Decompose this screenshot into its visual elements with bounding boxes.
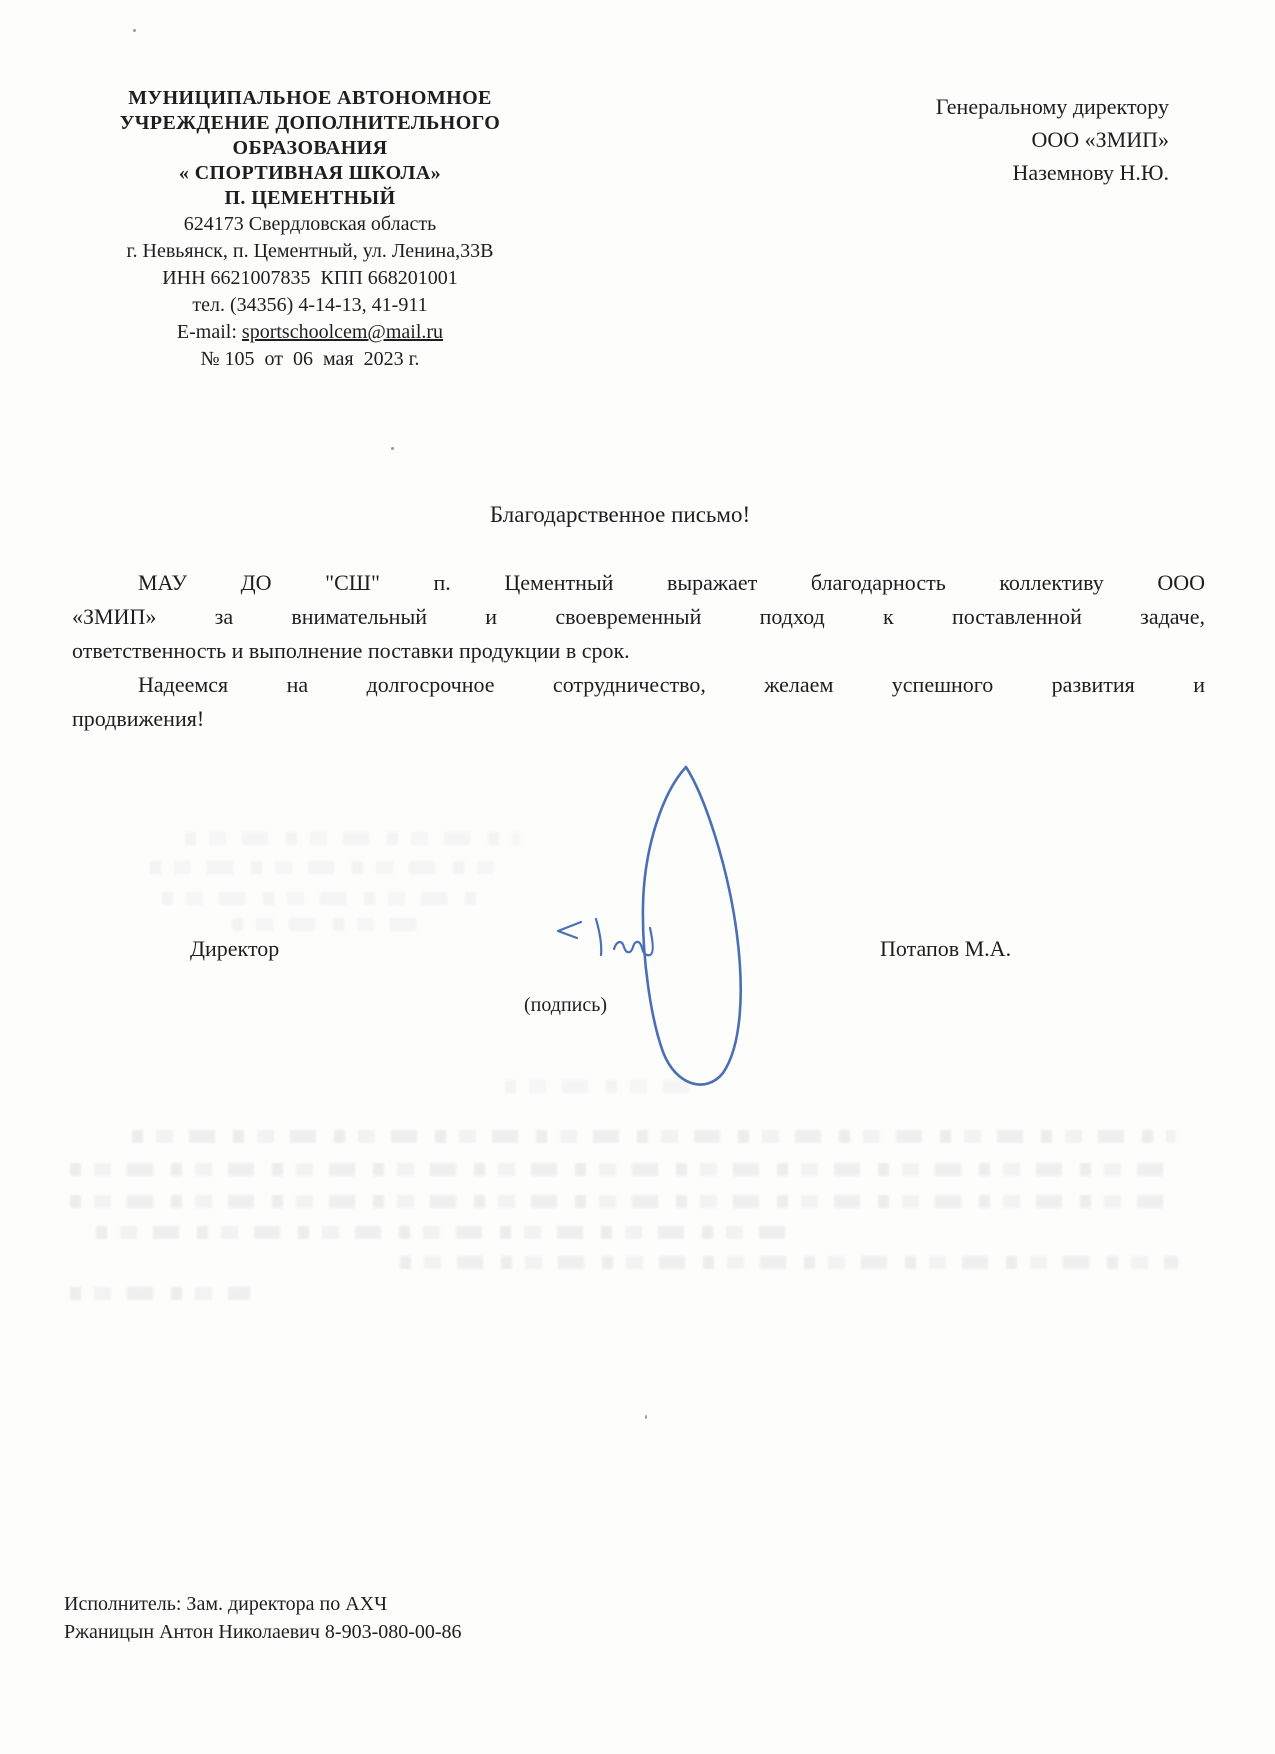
letter-ref-number: № 105 от 06 мая 2023 г. (92, 346, 528, 373)
body-line: Надеемся на долгосрочное сотрудничество,… (72, 668, 1205, 702)
body-line: МАУ ДО "СШ" п. Цементный выражает благод… (72, 566, 1205, 600)
sender-org-line: П. ЦЕМЕНТНЫЙ (92, 186, 528, 211)
sender-postal-code: 624173 Свердловская область (92, 211, 528, 238)
sender-street-address: г. Невьянск, п. Цементный, ул. Ленина,33… (92, 238, 528, 265)
signature-loop-stroke (643, 767, 741, 1085)
recipient-company: ООО «ЗМИП» (749, 123, 1169, 156)
recipient-block: Генеральному директору ООО «ЗМИП» Наземн… (749, 90, 1169, 189)
scan-speck (391, 447, 394, 450)
sender-email-line: E-mail: sportschoolcem@mail.ru (92, 319, 528, 346)
body-line: продвижения! (72, 702, 1205, 736)
executor-position: Исполнитель: Зам. директора по АХЧ (64, 1590, 462, 1618)
body-line: «ЗМИП» за внимательный и своевременный п… (72, 600, 1205, 634)
bleed-through-artifact (185, 832, 520, 845)
sender-org-line: « СПОРТИВНАЯ ШКОЛА» (92, 161, 528, 186)
recipient-name: Наземнову Н.Ю. (749, 156, 1169, 189)
bleed-through-artifact (70, 1163, 1178, 1176)
scan-speck (133, 29, 136, 32)
email-address: sportschoolcem@mail.ru (242, 321, 443, 343)
signature-arrow-stroke (558, 922, 581, 938)
bleed-through-artifact (232, 918, 432, 931)
body-line: ответственность и выполнение поставки пр… (72, 634, 1205, 668)
sender-phone: тел. (34356) 4-14-13, 41-911 (92, 292, 528, 319)
signer-position-label: Директор (190, 936, 279, 962)
bleed-through-artifact (162, 892, 480, 905)
bleed-through-artifact (505, 1080, 700, 1093)
sender-inn-kpp: ИНН 6621007835 КПП 668201001 (92, 265, 528, 292)
scanned-letter-page: МУНИЦИПАЛЬНОЕ АВТОНОМНОЕ УЧРЕЖДЕНИЕ ДОПО… (0, 0, 1275, 1754)
bleed-through-artifact (96, 1226, 796, 1239)
signer-name: Потапов М.А. (880, 936, 1011, 962)
signature-caption: (подпись) (524, 994, 607, 1017)
sender-letterhead: МУНИЦИПАЛЬНОЕ АВТОНОМНОЕ УЧРЕЖДЕНИЕ ДОПО… (92, 86, 528, 373)
letter-body: МАУ ДО "СШ" п. Цементный выражает благод… (72, 566, 1205, 736)
scan-speck (645, 1415, 647, 1419)
letter-title: Благодарственное письмо! (0, 502, 1240, 528)
bleed-through-artifact (70, 1195, 1178, 1208)
handwritten-signature-ink (480, 733, 810, 1103)
bleed-through-artifact (400, 1256, 1178, 1269)
sender-org-line: МУНИЦИПАЛЬНОЕ АВТОНОМНОЕ (92, 86, 528, 111)
email-label: E-mail: (177, 321, 242, 343)
recipient-position: Генеральному директору (749, 90, 1169, 123)
bleed-through-artifact (70, 1287, 250, 1300)
executor-name-phone: Ржаницын Антон Николаевич 8-903-080-00-8… (64, 1618, 462, 1646)
sender-org-line: УЧРЕЖДЕНИЕ ДОПОЛНИТЕЛЬНОГО (92, 111, 528, 136)
executor-info: Исполнитель: Зам. директора по АХЧ Ржани… (64, 1590, 462, 1646)
bleed-through-artifact (150, 861, 500, 874)
bleed-through-artifact (132, 1130, 1176, 1143)
sender-org-line: ОБРАЗОВАНИЯ (92, 136, 528, 161)
